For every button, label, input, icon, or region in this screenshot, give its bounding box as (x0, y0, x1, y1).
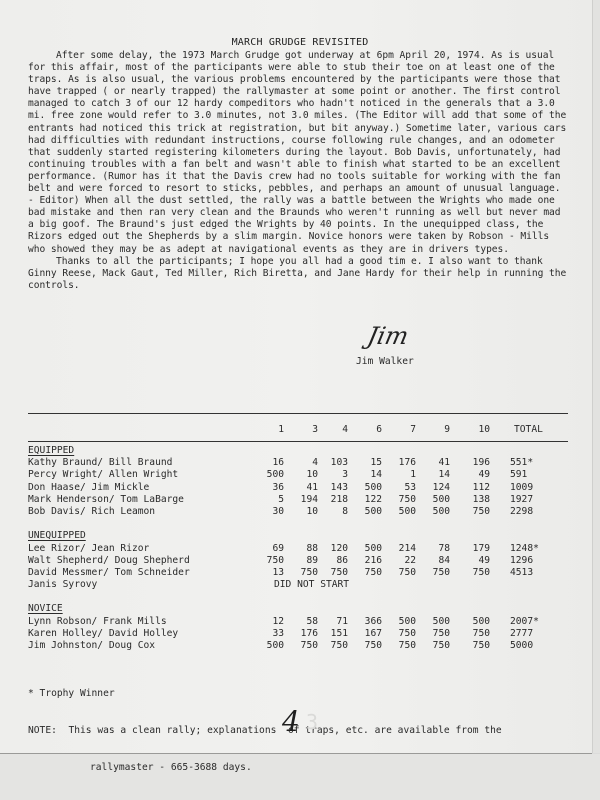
score-cell: 750 (318, 567, 348, 579)
score-cell: 179 (460, 543, 490, 555)
team-name: Lee Rizor/ Jean Rizor (28, 543, 149, 555)
page-edge (592, 0, 600, 753)
score-cell: 71 (318, 616, 348, 628)
score-cell: 5 (254, 494, 284, 506)
signature-block: Jim Jim Walker (350, 320, 480, 380)
total-cell: 1248* (510, 543, 560, 555)
team-name: Mark Henderson/ Tom LaBarge (28, 494, 184, 506)
note-label: NOTE: (28, 725, 57, 736)
column-header: 7 (386, 424, 416, 436)
score-cell: 366 (352, 616, 382, 628)
score-cell: 124 (420, 482, 450, 494)
score-cell: 500 (254, 640, 284, 652)
column-header: 3 (288, 424, 318, 436)
team-name: Bob Davis/ Rich Leamon (28, 506, 155, 518)
total-cell: 1296 (510, 555, 560, 567)
column-header: 10 (460, 424, 490, 436)
score-cell: 750 (288, 567, 318, 579)
total-cell: 551* (510, 457, 560, 469)
score-cell: 13 (254, 567, 284, 579)
score-cell: 15 (352, 457, 382, 469)
column-header: 4 (318, 424, 348, 436)
score-cell: 194 (288, 494, 318, 506)
score-cell: 16 (254, 457, 284, 469)
score-cell: 750 (254, 555, 284, 567)
footnotes: * Trophy Winner NOTE: This was a clean r… (28, 664, 502, 786)
section-header: UNEQUIPPED (28, 530, 576, 542)
score-cell: 500 (420, 506, 450, 518)
total-header: TOTAL (514, 424, 564, 436)
score-cell: 33 (254, 628, 284, 640)
paragraph-2: Thanks to all the participants; I hope y… (28, 256, 568, 292)
score-cell: 750 (460, 628, 490, 640)
score-cell: 750 (460, 640, 490, 652)
score-cell: 500 (420, 616, 450, 628)
section-header: NOVICE (28, 603, 576, 615)
score-cell: 750 (352, 567, 382, 579)
page-title: MARCH GRUDGE REVISITED (0, 37, 600, 48)
total-cell: 591 (510, 469, 560, 481)
team-name: Walt Shepherd/ Doug Shepherd (28, 555, 190, 567)
article-body: After some delay, the 1973 March Grudge … (28, 50, 568, 292)
team-name: Karen Holley/ David Holley (28, 628, 178, 640)
trophy-note: * Trophy Winner (28, 688, 502, 700)
score-cell: 500 (460, 616, 490, 628)
score-cell: 750 (420, 628, 450, 640)
total-cell: 1009 (510, 482, 560, 494)
section-header: EQUIPPED (28, 445, 576, 457)
score-cell: 176 (288, 628, 318, 640)
score-cell: 218 (318, 494, 348, 506)
section-spacer (28, 591, 576, 603)
score-cell: 167 (352, 628, 382, 640)
section-label: NOVICE (28, 603, 63, 615)
team-name: David Messmer/ Tom Schneider (28, 567, 190, 579)
table-row: Jim Johnston/ Doug Cox500750750750750750… (28, 640, 576, 652)
column-header: 6 (352, 424, 382, 436)
score-cell: 176 (386, 457, 416, 469)
score-cell: 500 (420, 494, 450, 506)
total-cell: 4513 (510, 567, 560, 579)
score-cell: 12 (254, 616, 284, 628)
score-cell: 750 (386, 628, 416, 640)
status-text: DID NOT START (274, 579, 349, 591)
results-table: EQUIPPEDKathy Braund/ Bill Braund1641031… (28, 445, 576, 652)
total-cell: 2777 (510, 628, 560, 640)
table-row: Lynn Robson/ Frank Mills1258713665005005… (28, 616, 576, 628)
score-cell: 22 (386, 555, 416, 567)
score-cell: 750 (460, 567, 490, 579)
score-cell: 14 (352, 469, 382, 481)
team-name: Kathy Braund/ Bill Braund (28, 457, 172, 469)
team-name: Lynn Robson/ Frank Mills (28, 616, 167, 628)
total-cell: 2298 (510, 506, 560, 518)
table-row: Bob Davis/ Rich Leamon301085005005007502… (28, 506, 576, 518)
score-cell: 86 (318, 555, 348, 567)
table-row: Walt Shepherd/ Doug Shepherd750898621622… (28, 555, 576, 567)
score-cell: 89 (288, 555, 318, 567)
team-name: Percy Wright/ Allen Wright (28, 469, 178, 481)
table-row: Lee Rizor/ Jean Rizor6988120500214781791… (28, 543, 576, 555)
score-cell: 112 (460, 482, 490, 494)
score-cell: 10 (288, 506, 318, 518)
team-name: Janis Syrovy (28, 579, 97, 591)
total-cell: 5000 (510, 640, 560, 652)
score-cell: 78 (420, 543, 450, 555)
header-cells: 13467910TOTAL (28, 424, 576, 436)
score-cell: 36 (254, 482, 284, 494)
section-label: UNEQUIPPED (28, 530, 86, 542)
score-cell: 88 (288, 543, 318, 555)
score-cell: 500 (352, 482, 382, 494)
score-cell: 30 (254, 506, 284, 518)
score-cell: 500 (352, 543, 382, 555)
score-cell: 750 (420, 567, 450, 579)
table-header-rule (28, 441, 568, 442)
score-cell: 122 (352, 494, 382, 506)
team-name: Jim Johnston/ Doug Cox (28, 640, 155, 652)
table-row: David Messmer/ Tom Schneider137507507507… (28, 567, 576, 579)
table-row: Kathy Braund/ Bill Braund164103151764119… (28, 457, 576, 469)
score-cell: 750 (386, 640, 416, 652)
total-cell: 2007* (510, 616, 560, 628)
table-header: 13467910TOTAL (28, 424, 576, 438)
score-cell: 143 (318, 482, 348, 494)
score-cell: 151 (318, 628, 348, 640)
score-cell: 214 (386, 543, 416, 555)
paragraph-1: After some delay, the 1973 March Grudge … (28, 50, 568, 256)
score-cell: 750 (420, 640, 450, 652)
score-cell: 4 (288, 457, 318, 469)
score-cell: 58 (288, 616, 318, 628)
score-cell: 8 (318, 506, 348, 518)
score-cell: 14 (420, 469, 450, 481)
table-row: Karen Holley/ David Holley33176151167750… (28, 628, 576, 640)
score-cell: 69 (254, 543, 284, 555)
score-cell: 750 (318, 640, 348, 652)
section-label: EQUIPPED (28, 445, 74, 457)
score-cell: 10 (288, 469, 318, 481)
score-cell: 41 (420, 457, 450, 469)
score-cell: 103 (318, 457, 348, 469)
table-row: Percy Wright/ Allen Wright50010314114495… (28, 469, 576, 481)
table-row: Don Haase/ Jim Mickle3641143500531241121… (28, 482, 576, 494)
score-cell: 750 (386, 567, 416, 579)
score-cell: 53 (386, 482, 416, 494)
total-cell: 1927 (510, 494, 560, 506)
column-header: 1 (254, 424, 284, 436)
score-cell: 500 (386, 506, 416, 518)
score-cell: 750 (352, 640, 382, 652)
score-cell: 500 (386, 616, 416, 628)
score-cell: 500 (352, 506, 382, 518)
section-spacer (28, 518, 576, 530)
score-cell: 120 (318, 543, 348, 555)
table-row: Mark Henderson/ Tom LaBarge5194218122750… (28, 494, 576, 506)
handwritten-signature: Jim (365, 322, 411, 350)
score-cell: 49 (460, 469, 490, 481)
score-cell: 750 (460, 506, 490, 518)
general-note-cont: rallymaster - 665-3688 days. (28, 762, 502, 774)
score-cell: 138 (460, 494, 490, 506)
score-cell: 49 (460, 555, 490, 567)
team-name: Don Haase/ Jim Mickle (28, 482, 149, 494)
table-row: Janis SyrovyDID NOT START (28, 579, 576, 591)
signature-name: Jim Walker (356, 356, 414, 367)
score-cell: 3 (318, 469, 348, 481)
score-cell: 84 (420, 555, 450, 567)
score-cell: 196 (460, 457, 490, 469)
score-cell: 750 (386, 494, 416, 506)
score-cell: 750 (288, 640, 318, 652)
score-cell: 500 (254, 469, 284, 481)
general-note: NOTE: This was a clean rally; explanatio… (28, 725, 502, 737)
table-top-rule (28, 413, 568, 414)
page-number-bleedthrough: 3 (306, 710, 318, 734)
page-number: 4 (282, 705, 300, 738)
score-cell: 216 (352, 555, 382, 567)
column-header: 9 (420, 424, 450, 436)
score-cell: 1 (386, 469, 416, 481)
score-cell: 41 (288, 482, 318, 494)
